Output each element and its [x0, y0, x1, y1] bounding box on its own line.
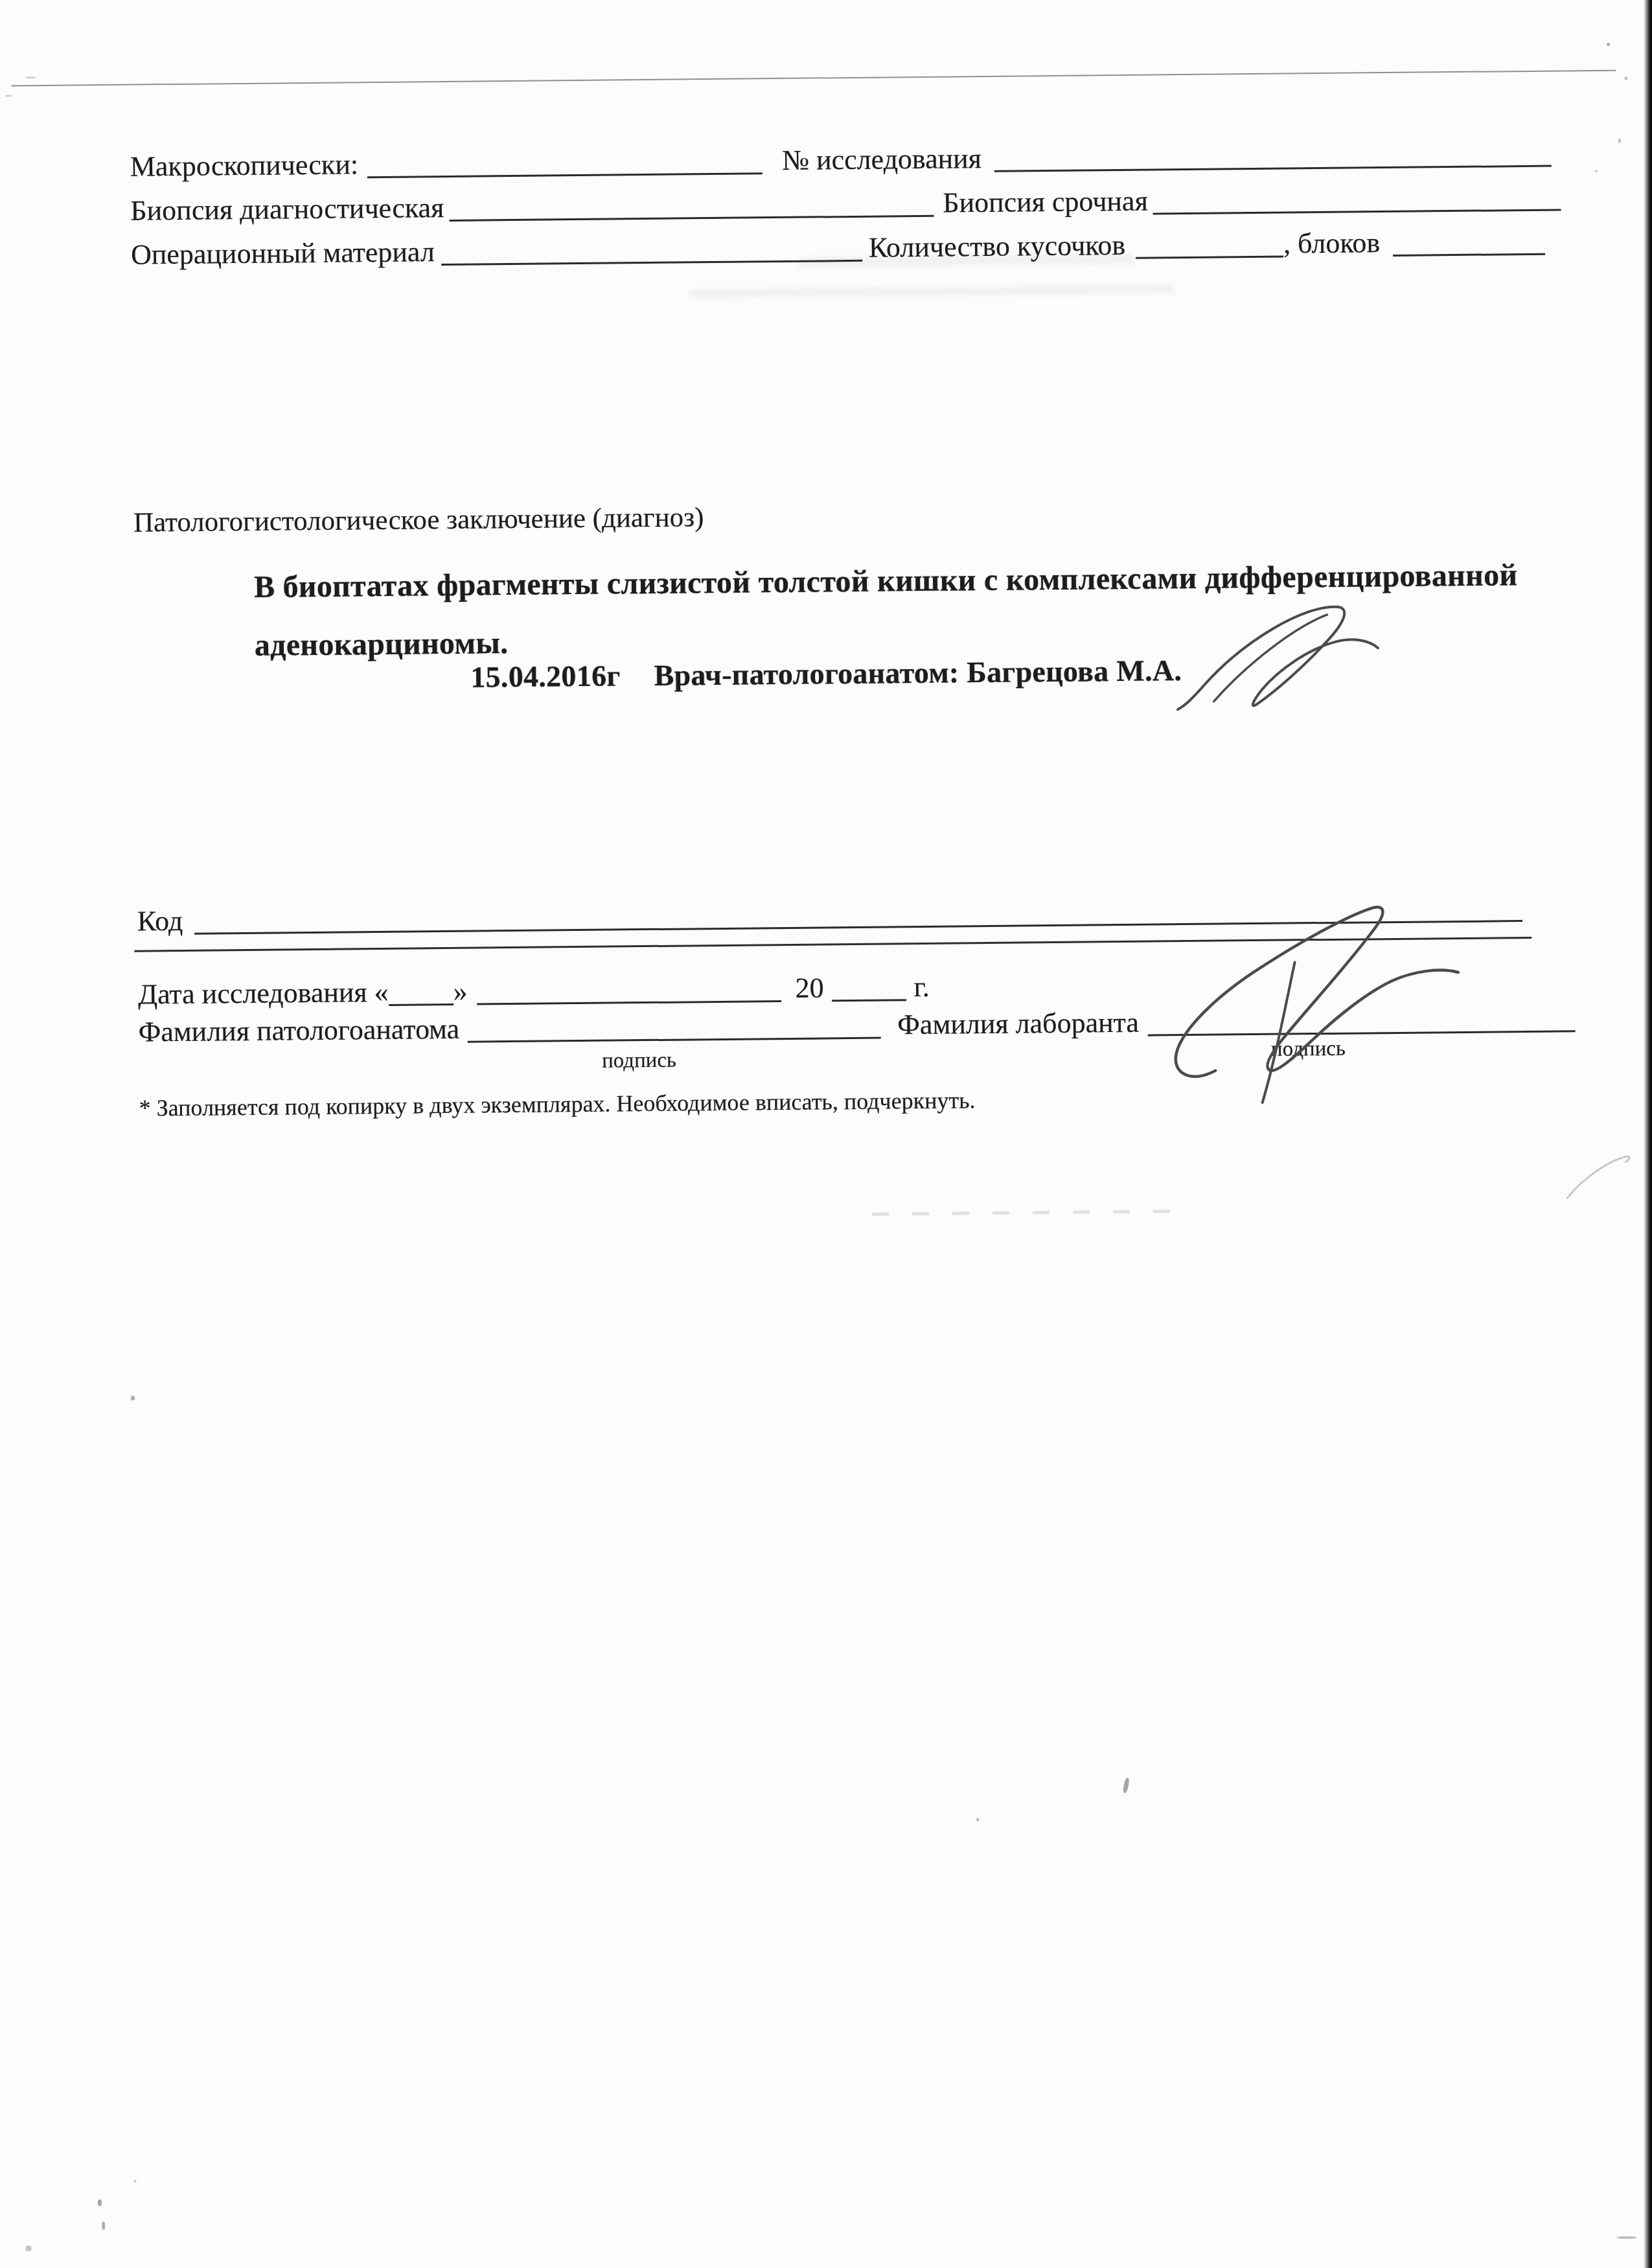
ghost-dash-line [872, 1209, 1186, 1216]
field-row-macroscopic: Макроскопически:№ исследования [130, 137, 1552, 184]
biopsy-diagnostic-blank-line [449, 193, 934, 222]
signature-caption-left: подпись [602, 1049, 676, 1073]
paper-speck [26, 2245, 32, 2251]
conclusion-title-row: Патологогистологическое заключение (диаг… [133, 501, 704, 539]
pathologist-signature-line [467, 1015, 880, 1043]
scanner-edge-strip [1644, 0, 1652, 2268]
macroscopic-label: Макроскопически: [130, 148, 359, 183]
biopsy-urgent-label: Биопсия срочная [943, 185, 1148, 220]
study-date-label: Дата исследования « [138, 976, 389, 1011]
study-date-close-quote: » [453, 976, 467, 1009]
paper-speck [102, 2221, 105, 2230]
study-date-day-line [389, 981, 453, 1006]
conclusion-title: Патологогистологическое заключение (диаг… [133, 502, 704, 538]
signature-caption-left-row: подпись [602, 1049, 676, 1074]
paper-speck [134, 2180, 137, 2182]
scanner-speck [1595, 170, 1598, 172]
scanner-speck [1617, 2236, 1636, 2239]
macroscopic-blank-line [367, 150, 763, 178]
paper-speck [1122, 1778, 1130, 1794]
ghost-smudge [689, 284, 1175, 298]
lab-assistant-label: Фамилия лаборанта [897, 1007, 1139, 1042]
blocks-blank-line [1393, 231, 1545, 257]
footnote-text: * Заполняется под копирку в двух экземпл… [139, 1087, 976, 1121]
year-blank-line [831, 977, 906, 1002]
research-number-blank-line [994, 143, 1552, 172]
top-rule-line [12, 70, 1616, 87]
paper-speck [98, 2199, 102, 2206]
scanner-speck [1607, 43, 1610, 46]
paper-speck [25, 76, 36, 78]
footnote-row: * Заполняется под копирку в двух экземпл… [139, 1087, 976, 1122]
blocks-label: , блоков [1283, 227, 1381, 260]
biopsy-diagnostic-label: Биопсия диагностическая [130, 192, 444, 227]
diagnosis-date: 15.04.2016г [470, 659, 621, 693]
research-number-label: № исследования [782, 143, 981, 178]
stray-pen-mark [1561, 1145, 1646, 1204]
year-prefix: 20 [795, 972, 823, 1005]
code-label: Код [137, 905, 183, 938]
paper-speck [131, 1396, 135, 1401]
doctor-row: 15.04.2016гВрач-патологоанатом: Багрецов… [470, 654, 1182, 694]
document-content: Макроскопически:№ исследования Биопсия д… [0, 0, 1652, 2268]
scanner-speck [1618, 139, 1621, 143]
study-date-month-line [476, 978, 781, 1005]
study-date-row: Дата исследования «»20г. [138, 971, 930, 1011]
scanned-document-page: Макроскопически:№ исследования Биопсия д… [0, 0, 1652, 2268]
year-suffix: г. [913, 971, 930, 1004]
operation-material-label: Операционный материал [131, 236, 435, 271]
field-row-biopsy: Биопсия диагностическаяБиопсия срочная [130, 181, 1561, 227]
pieces-count-blank-line [1136, 234, 1283, 259]
lab-assistant-signature [1154, 899, 1493, 1109]
doctor-signature [1167, 596, 1389, 721]
paper-speck [5, 95, 12, 97]
doctor-name-text: Врач-патологоанатом: Багрецова М.А. [654, 654, 1182, 692]
paper-speck [976, 1818, 979, 1821]
pathologist-label: Фамилия патологоанатома [138, 1013, 459, 1049]
biopsy-urgent-blank-line [1153, 187, 1561, 214]
diagnosis-line-2: аденокарциномы. [255, 625, 509, 663]
scanner-speck [1625, 76, 1627, 80]
diagnosis-text-line-2: аденокарциномы. [255, 626, 509, 663]
